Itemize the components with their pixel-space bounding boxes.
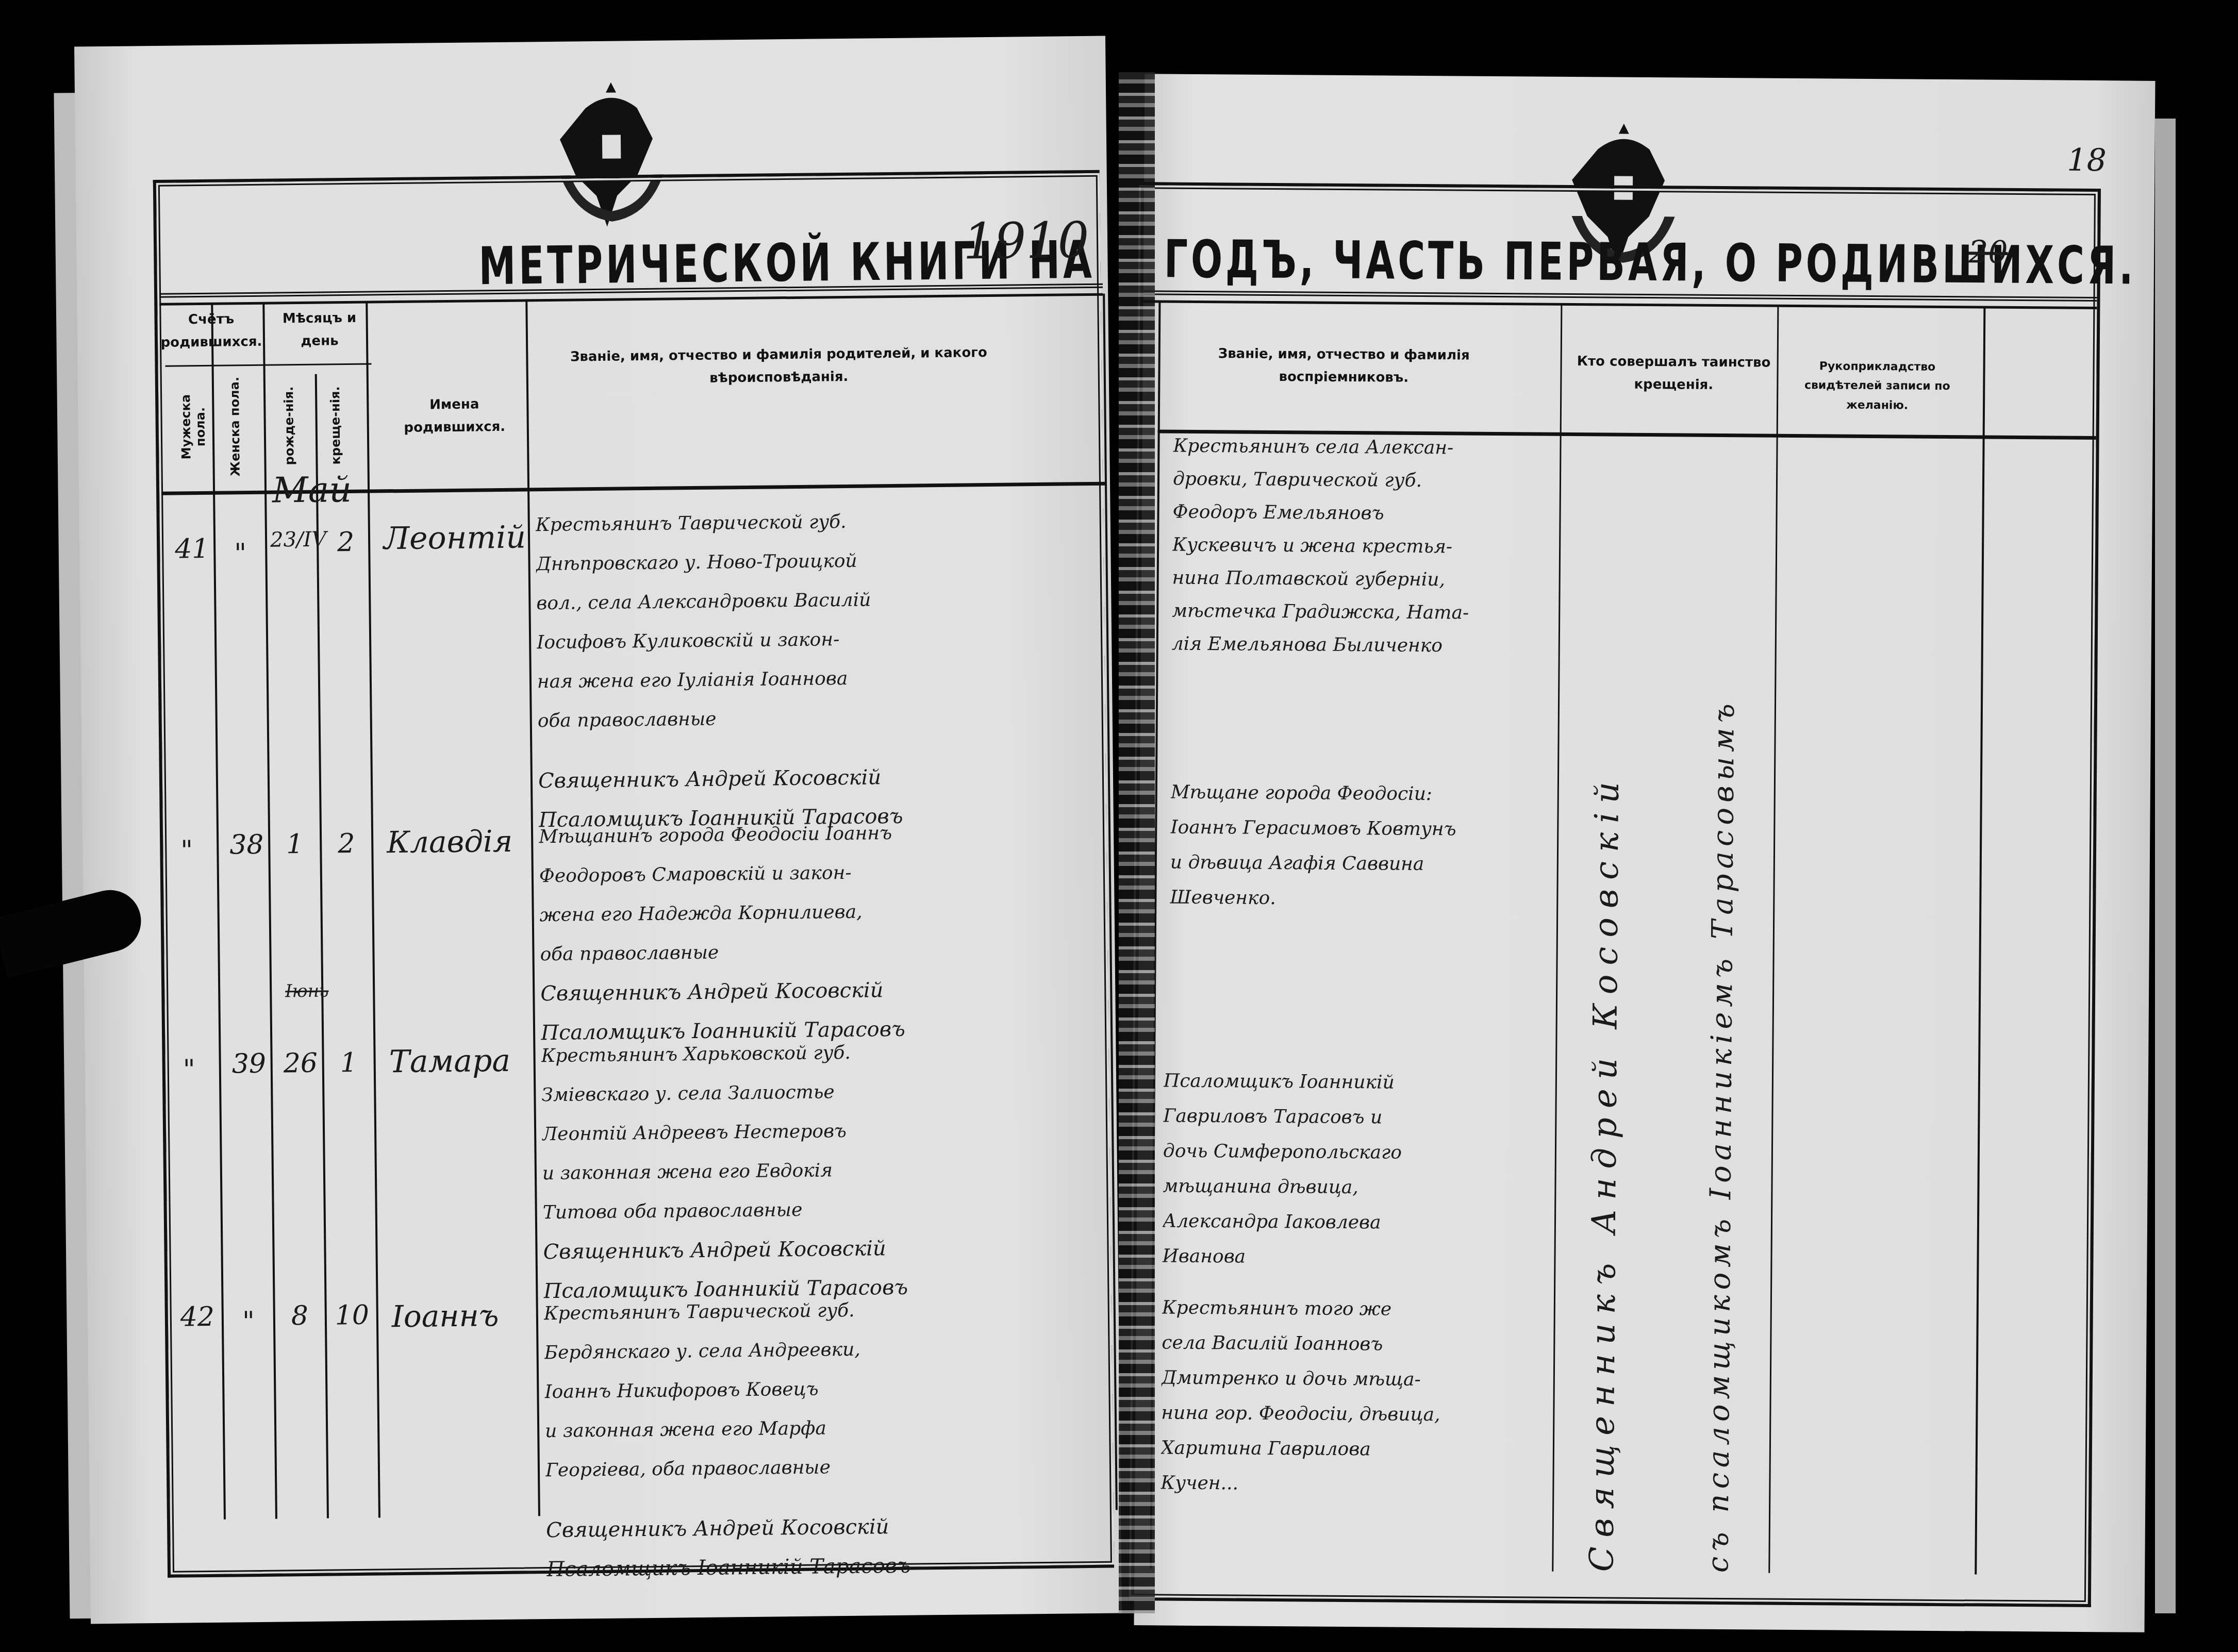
entry-2-birth: 1 (286, 830, 304, 859)
entry-1-male: 41 (175, 535, 209, 563)
col-parents-header: Званіе, имя, отчество и фамилія родителе… (541, 341, 1016, 391)
entry-1-female: " (234, 540, 246, 568)
entry-2-parents: Мѣщанинъ города Феодосіи Іоаннъ Феодоров… (539, 812, 1021, 1053)
col-performer-header: Кто совершалъ таинство крещенія. (1576, 350, 1772, 397)
priest-signature: Священникъ Андрей Косовскій (546, 1506, 1026, 1550)
entry-1-month: Май (272, 472, 352, 509)
handwritten-year: 1910 (963, 211, 1089, 271)
entry-1-baptism: 2 (337, 528, 355, 557)
entry-3-month-crossed: Іюнь (285, 982, 329, 1001)
entry-4-female: " (242, 1308, 255, 1336)
entry-1-name: Леонтій (384, 521, 526, 555)
book-spine-binding (1119, 72, 1155, 1613)
entry-4-birth: 8 (291, 1302, 309, 1330)
entry-1-godparents: Крестьянинъ села Алексан- дровки, Таврич… (1172, 430, 1555, 663)
col-godparents-header: Званіе, имя, отчество и фамилія воспріем… (1184, 342, 1504, 390)
priest-signature: Священникъ Андрей Косовскій (543, 1227, 1023, 1272)
entry-2-baptism: 2 (338, 830, 355, 858)
entry-2-godparents: Мѣщане города Феодосіи: Іоаннъ Герасимов… (1170, 775, 1552, 918)
entry-4-name: Іоаннъ (392, 1300, 499, 1332)
col-witnesses-header: Рукоприкладство свидѣтелей записи по жел… (1782, 357, 1973, 416)
entry-4-male: 42 (180, 1303, 215, 1331)
entry-3-birth: 26 (283, 1049, 318, 1078)
entry-4-godparents: Крестьянинъ того же села Василій Іоаннов… (1161, 1290, 1544, 1503)
page-stack-edge-right (2155, 119, 2176, 1613)
folio-number: 18 (2067, 142, 2107, 179)
col-names-header: Имена родившихся. (377, 392, 532, 440)
entry-2-name: Клавдія (387, 826, 512, 858)
priest-signature: Священникъ Андрей Косовскій (538, 756, 1018, 800)
psalmist-signature: Псаломщикъ Іоанникій Тарасовъ (546, 1545, 1026, 1589)
priest-signature: Священникъ Андрей Косовскій (540, 969, 1020, 1013)
entry-2-male: " (180, 837, 193, 865)
col-birth-header: рожде-нія. (281, 374, 297, 477)
entry-3-female: 39 (231, 1050, 266, 1078)
left-page: МЕТРИЧЕСКОЙ КНИГИ НА 1910 Счётъ родивших… (74, 36, 1122, 1624)
entry-4-baptism: 10 (335, 1301, 370, 1330)
col-female-header: Женска пола. (227, 375, 243, 478)
entry-3-parents: Крестьянинъ Харьковской губ. Зміевскаго … (541, 1031, 1023, 1311)
col-month-header: Мѣсяцъ и день (268, 307, 371, 353)
entry-2-female: 38 (229, 831, 264, 859)
entry-3-male: " (183, 1056, 195, 1084)
entry-3-godparents: Псаломщикъ Іоанникій Гавриловъ Тарасовъ … (1162, 1063, 1545, 1276)
right-page: 18 ГОДЪ, ЧАСТЬ ПЕРВАЯ, О РОДИВШИХСЯ. 20 … (1134, 74, 2156, 1632)
entry-3-name: Тамара (389, 1045, 510, 1078)
col-baptism-header: креще-нія. (328, 374, 343, 477)
entry-4-parents: Крестьянинъ Таврической губ. Бердянскаго… (543, 1289, 1026, 1589)
crossed-page-number: 20 (1968, 234, 2008, 271)
entry-1-parents: Крестьянинъ Таврической губ. Днѣпровскаг… (535, 501, 1018, 840)
entry-1-birth: 23/IV (270, 528, 326, 550)
entry-3-baptism: 1 (340, 1049, 357, 1077)
col-male-header: Мужеска пола. (178, 375, 208, 479)
performer-vertical-text: Священникъ Андрей Косовскій (1583, 438, 1629, 1572)
